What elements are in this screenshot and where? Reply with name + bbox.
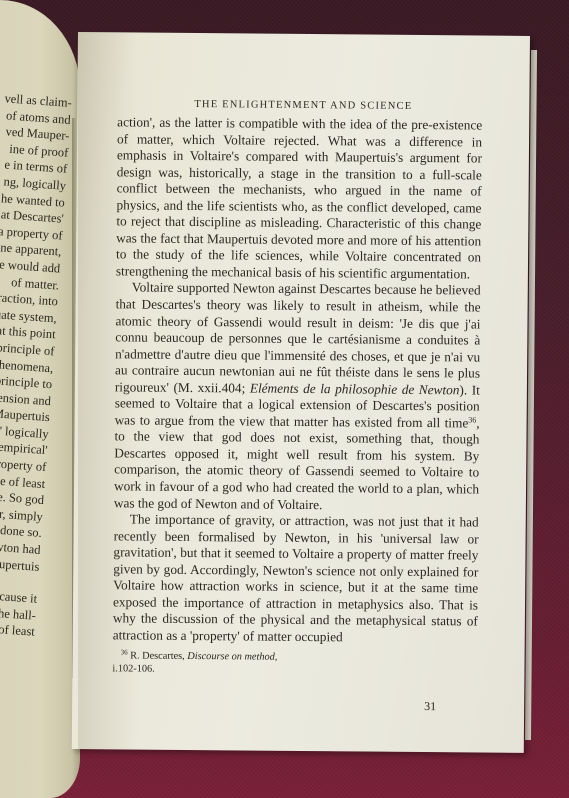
page-number: 31 [424, 699, 436, 714]
paragraph-3: The importance of gravity, or attraction… [113, 511, 479, 647]
paragraph-1: action', as the latter is compatible wit… [116, 114, 482, 283]
footnote-title: Discourse on method, [187, 651, 277, 663]
running-head: THE ENLIGHTENMENT AND SCIENCE [77, 98, 529, 113]
footnote: 36 R. Descartes, Discourse on method, i.… [112, 646, 372, 677]
italic-title: Eléments de la philosophie de Newton [250, 380, 460, 397]
body-text: action', as the latter is compatible wit… [113, 114, 483, 647]
right-page: THE ENLIGHTENMENT AND SCIENCE action', a… [72, 32, 530, 753]
footnote-ref: 36 [468, 415, 476, 424]
paragraph-2: Voltaire supported Newton against Descar… [114, 280, 481, 515]
left-page: vell as claim-of atoms andved Mauper-ine… [0, 0, 80, 798]
book-photo: vell as claim-of atoms andved Mauper-ine… [0, 0, 569, 798]
left-page-text: vell as claim-of atoms andved Mauper-ine… [0, 90, 72, 640]
footnote-mark: 36 [121, 648, 128, 656]
